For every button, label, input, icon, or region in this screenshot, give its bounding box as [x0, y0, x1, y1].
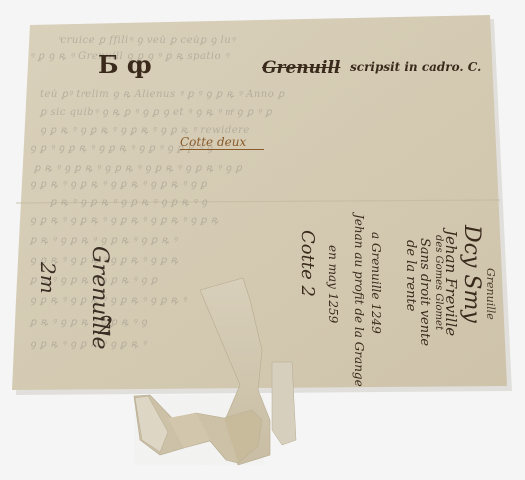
bleed-line: ꝑ ꝶ ꝰ ꝯ ꝑ ꝶ ꝰ ꝯ ꝑ ꝶ ꝰ ꝯ ꝑ ꝶ ꝰ ꝯ ꝑ ꝶ ꝰ ꝯ … — [34, 160, 242, 174]
bleed-line: ꝯ ꝑ ꝶ ꝰ ꝯ ꝑ ꝶ ꝰ ꝯ ꝑ ꝶ ꝰ ꝯ ꝑ ꝶ ꝰ ꝯ ꝑ ꝶ — [30, 212, 219, 226]
cotte-mid-note: Cotte deux — [180, 135, 264, 150]
bleed-line: teu̾ ꝑꝰ trͦelim ꝯ ꝶ Alienus ꝰ ꝑ ꝰ ꝯ ꝑ ꝶ … — [40, 86, 285, 100]
bleed-line: ͦcruice ꝑ ffiliꝰ ꝯ veu̾ ꝑ ceu̾ꝑ ꝯ luꝰ — [60, 32, 236, 46]
right-col-line: Jehan Freville — [442, 230, 460, 336]
right-col-header: Grenuille — [484, 268, 497, 320]
bleed-line: ꝑ sic quibꝰ ꝯ ꝶ ꝑ ꝰ ꝯ ꝑ ꝯ et ꝰ ꝯ ꝶ ꝰ mͦ … — [40, 104, 272, 118]
bleed-line: ꝑ ꝶ ꝰ ꝯ ꝑ ꝶ ꝰ ꝯ ꝑ ꝶ ꝰ ꝯ ꝑ ꝶ ꝰ — [30, 232, 177, 246]
right-col-line: de la rente — [403, 240, 418, 311]
right-col-line: a Grenuille 1249 — [369, 232, 383, 334]
top-title: Grenuill — [262, 58, 340, 78]
right-col-line: Jehan au profit de la Grange — [352, 214, 366, 387]
bleed-line: ꝯ ꝑ ꝶ ꝰ ꝯ ꝑ ꝶ ꝰ ꝯ ꝑ ꝶ ꝰ ꝯ ꝑ ꝶ ꝰ rewidere — [40, 122, 250, 136]
right-col-line: des Gomes Glomet — [433, 235, 444, 330]
top-left-mark: Б ȹ — [98, 50, 152, 79]
cotte-bottom-label: Cotte 2 — [297, 230, 318, 297]
top-note: scripsit in cadro. C. — [350, 60, 481, 74]
bleed-line: ꝯ ꝑ ꝶ ꝰ ꝯ ꝑ ꝶ ꝰ ꝯ ꝑ ꝶ ꝰ ꝯ ꝑ ꝶ ꝰ ꝯ ꝑ — [30, 176, 207, 190]
right-col-line: Sans droit vente — [417, 238, 432, 346]
left-number: 2 — [98, 312, 113, 340]
bleed-line: ꝑ ꝶ ꝰ ꝯ ꝑ ꝶ ꝰ ꝯ ꝑ ꝶ ꝰ ꝯ ꝑ ꝶ ꝰ ꝯ — [50, 194, 208, 208]
left-vertical-abbrev: 2m — [36, 262, 60, 294]
right-col-line: Dcy Smy — [459, 225, 484, 323]
right-col-line: en may 1259 — [326, 245, 340, 323]
charter-photo: ͦcruice ꝑ ffiliꝰ ꝯ veu̾ ꝑ ceu̾ꝑ ꝯ luꝰ ꝰ … — [0, 0, 525, 480]
